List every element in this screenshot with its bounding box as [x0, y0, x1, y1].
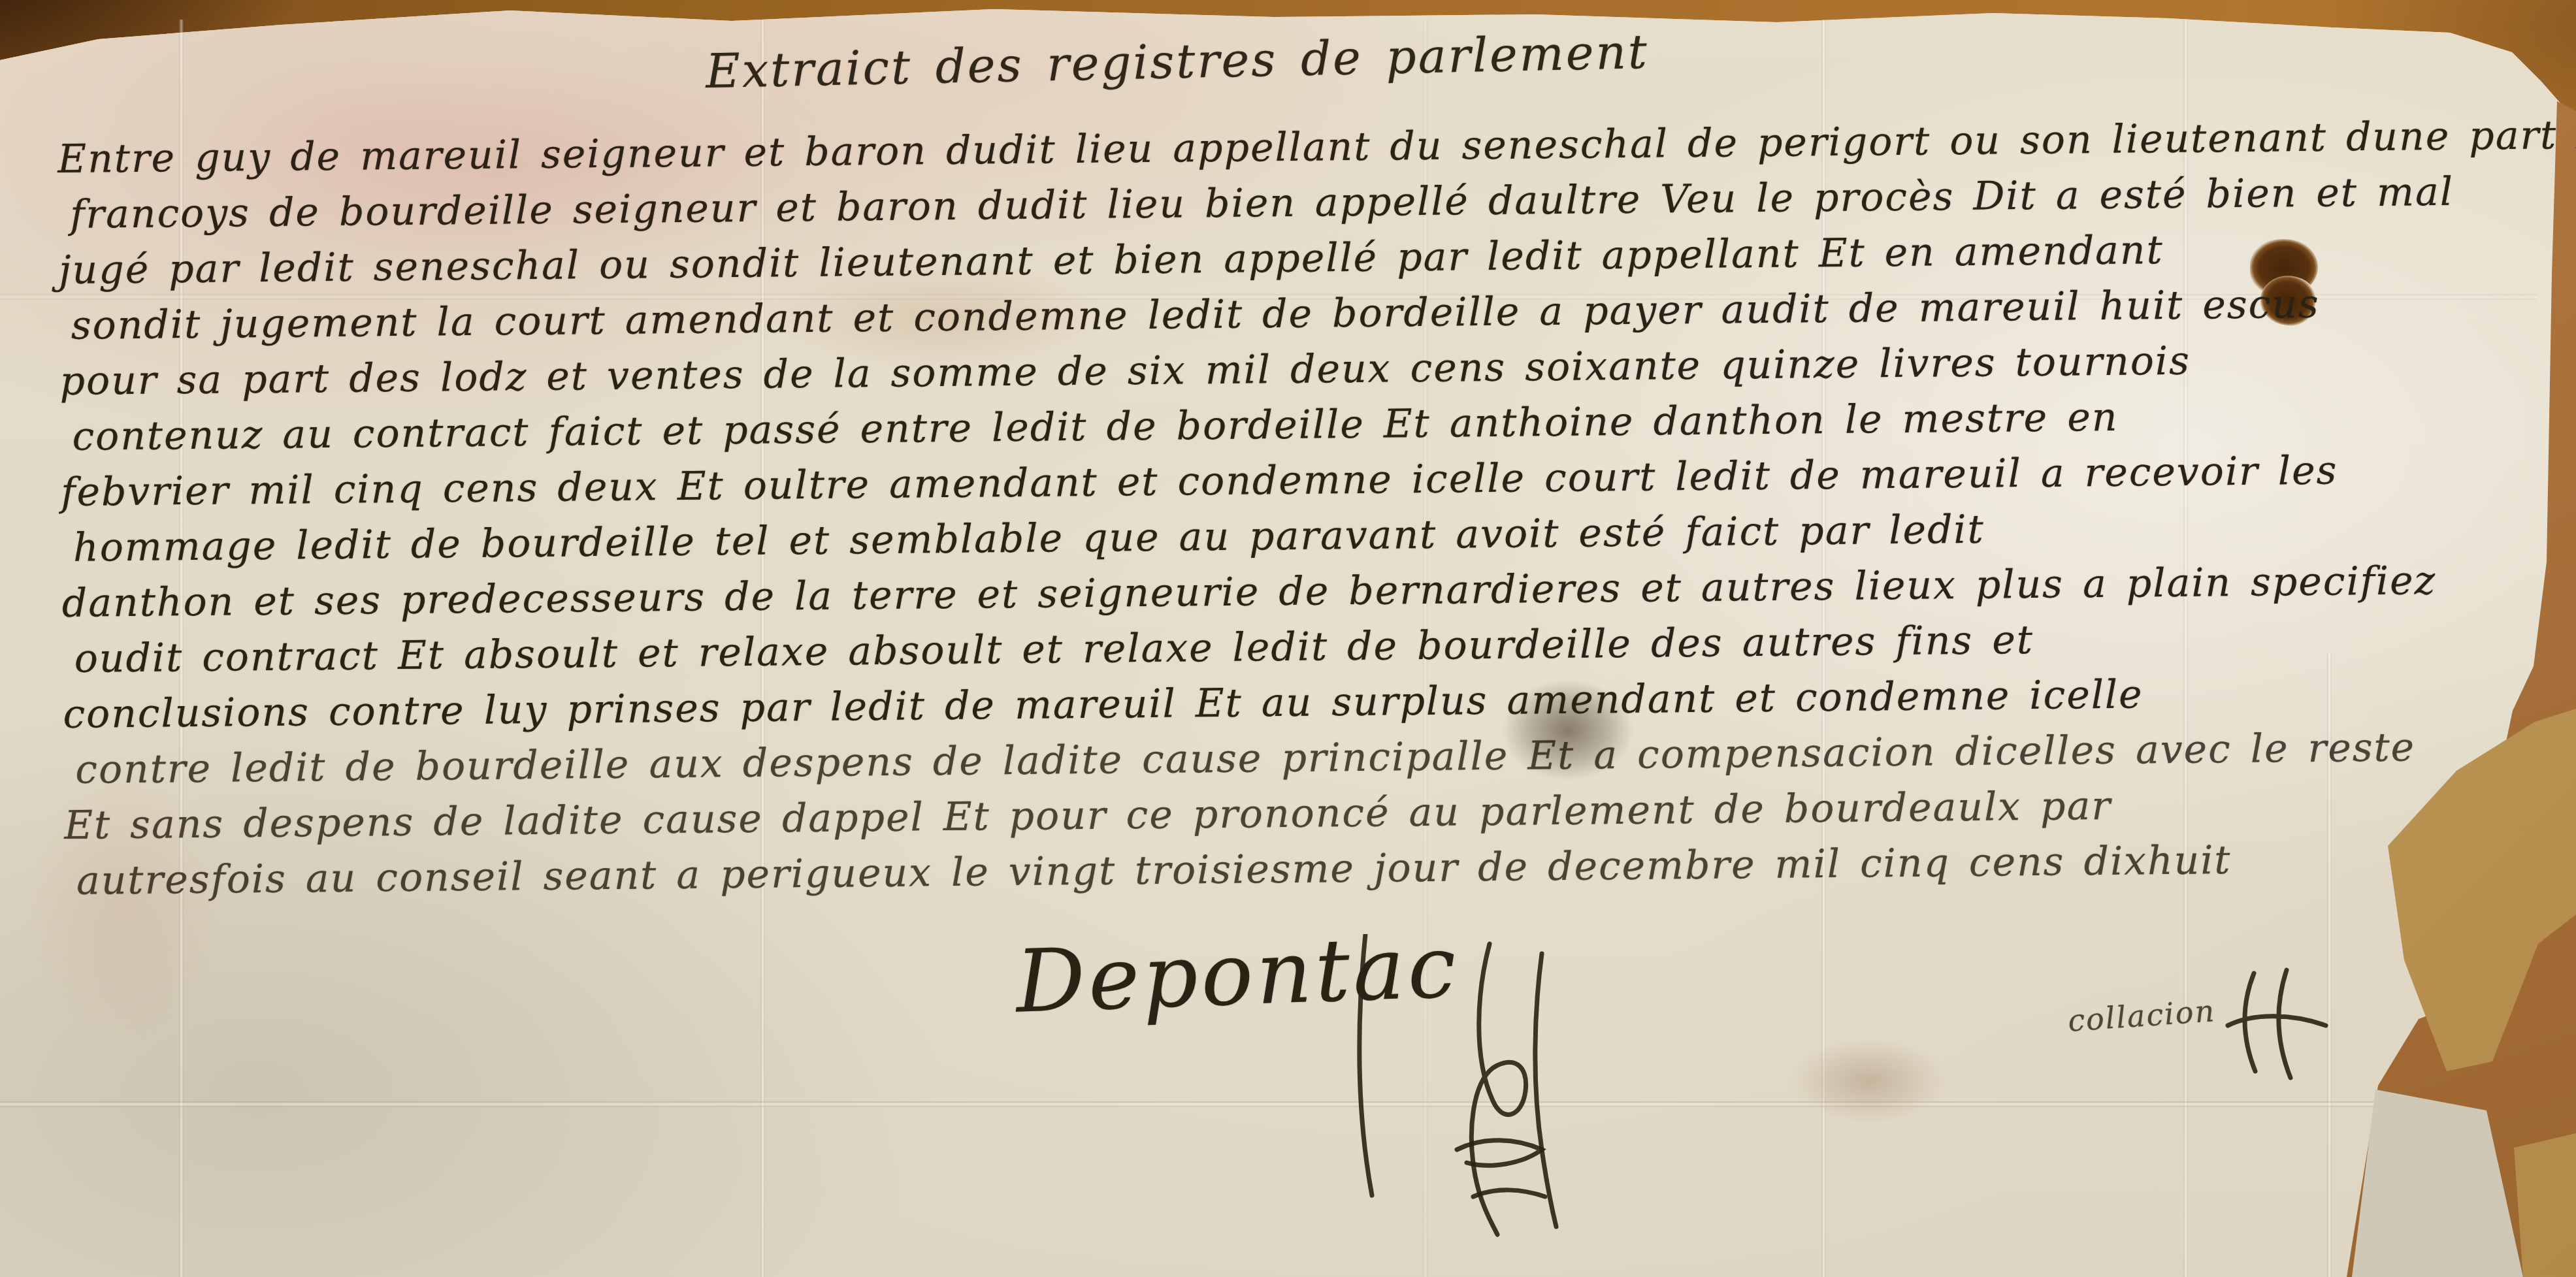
photo-canvas: Extraict des registres de parlement Entr…	[0, 0, 2576, 1277]
manuscript-text-block: Entre guy de mareuil seigneur et baron d…	[57, 108, 2560, 909]
signature-paraph-flourish	[1326, 934, 1601, 1248]
horizontal-fold-crease-2	[0, 1101, 2537, 1107]
stain-below-signature	[1790, 1039, 1947, 1123]
collation-paraph-flourish	[2215, 967, 2345, 1084]
